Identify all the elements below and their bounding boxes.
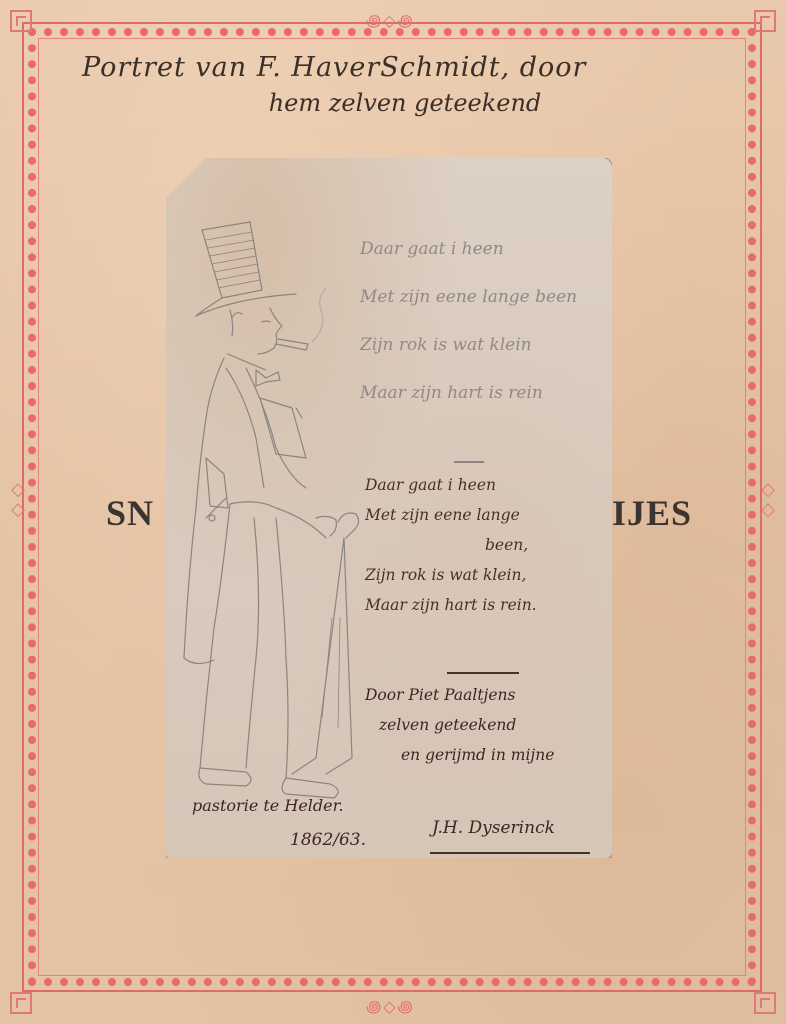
- ink-poem-line: Met zijn eene lange: [365, 500, 537, 530]
- date: 1862/63.: [290, 830, 366, 850]
- ink-poem-line: Maar zijn hart is rein.: [365, 590, 537, 620]
- ink-poem-line: been,: [365, 530, 537, 560]
- corner-ornament-top-left: [10, 10, 32, 32]
- corner-ornament-bottom-left: [10, 992, 32, 1014]
- scroll-ornament-right: ◇◇: [758, 480, 778, 520]
- scroll-ornament-top: ꩜◇꩜: [366, 8, 415, 32]
- pencil-poem-line: Maar zijn hart is rein: [360, 369, 577, 417]
- caption-line-1: Portret van F. HaverSchmidt, door: [80, 52, 730, 83]
- scroll-ornament-left: ◇◇: [8, 480, 28, 520]
- ink-divider: [447, 672, 519, 674]
- signature-underline: [430, 852, 590, 854]
- attribution-line: zelven geteekend: [365, 710, 554, 740]
- pencil-poem-line: Zijn rok is wat klein: [360, 321, 577, 369]
- attribution-line: en gerijmd in mijne: [365, 740, 554, 770]
- printed-title-left: SN: [106, 492, 154, 534]
- attribution: Door Piet Paaltjens zelven geteekend en …: [365, 680, 554, 770]
- printed-title-right: IJES: [612, 492, 692, 534]
- corner-ornament-bottom-right: [754, 992, 776, 1014]
- pencil-poem: Daar gaat i heen Met zijn eene lange bee…: [360, 225, 577, 417]
- caption-line-2: hem zelven geteekend: [80, 89, 730, 117]
- handwritten-caption: Portret van F. HaverSchmidt, door hem ze…: [80, 52, 730, 117]
- ink-poem-line: Daar gaat i heen: [365, 470, 537, 500]
- pencil-poem-line: Daar gaat i heen: [360, 225, 577, 273]
- attribution-last-line: pastorie te Helder.: [192, 796, 344, 815]
- attribution-line: Door Piet Paaltjens: [365, 680, 554, 710]
- ink-poem: Daar gaat i heen Met zijn eene lange bee…: [365, 470, 537, 620]
- ink-poem-line: Zijn rok is wat klein,: [365, 560, 537, 590]
- pencil-poem-line: Met zijn eene lange been: [360, 273, 577, 321]
- signature: J.H. Dyserinck: [432, 818, 555, 838]
- scroll-ornament-bottom: ꩜◇꩜: [366, 994, 415, 1018]
- pencil-divider: [454, 461, 484, 463]
- corner-ornament-top-right: [754, 10, 776, 32]
